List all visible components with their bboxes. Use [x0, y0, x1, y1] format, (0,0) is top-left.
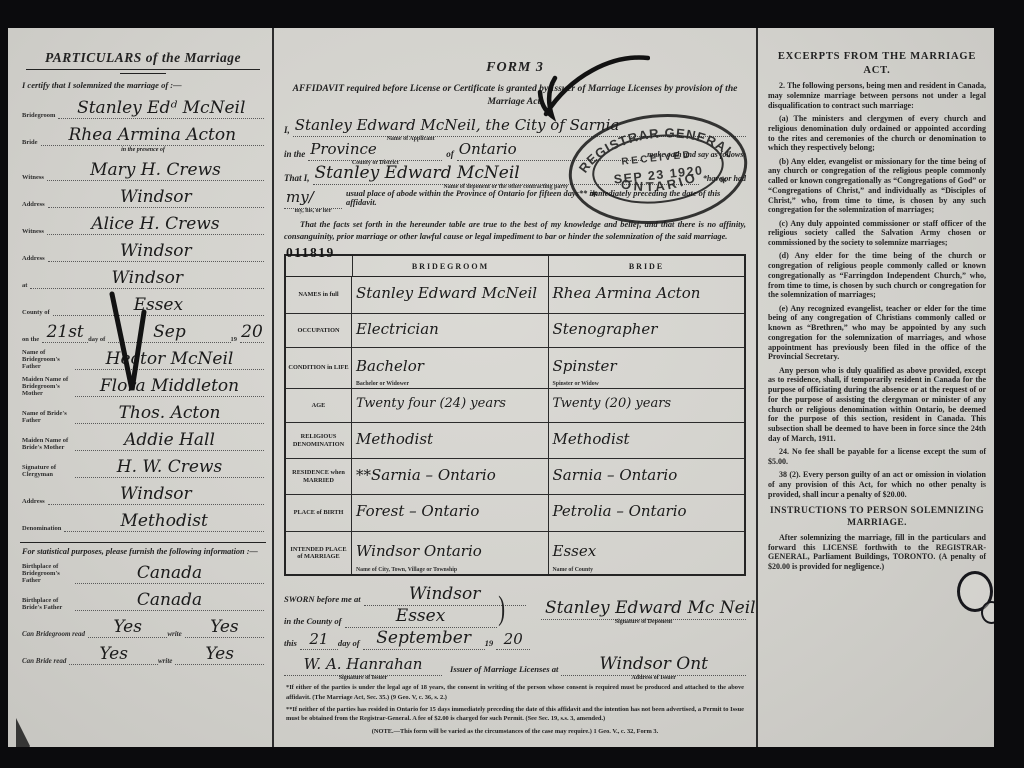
line-mid: of — [446, 149, 454, 161]
stamp-star-right: ✱ — [719, 175, 728, 186]
field-label: Birthplace of Bridegroom's Father — [22, 563, 72, 584]
sworn-prefix: 19 — [485, 638, 494, 650]
field-label: Address — [22, 255, 45, 262]
table-row-residence: RESIDENCE when MARRIED **Sarnia – Ontari… — [286, 459, 744, 495]
column-bride: BRIDE — [549, 256, 744, 276]
deponent-signature-block: Stanley Edward Mc Neil Signature of Depo… — [541, 598, 746, 620]
brace-mark: ) — [498, 590, 505, 628]
deponent-signature-line: Stanley Edward Mc Neil Signature of Depo… — [541, 598, 746, 620]
field-row-married-at: at Windsor — [22, 262, 264, 289]
field-label: County of — [22, 309, 50, 316]
excerpt-paragraph: 38 (2). Every person guilty of an act or… — [768, 470, 986, 499]
cell-sublabel: Bachelor or Widower — [356, 381, 409, 387]
handwritten-year: 20 — [496, 630, 530, 650]
particulars-title: PARTICULARS of the Marriage — [26, 50, 260, 70]
cell-sublabel: Spinster or Widow — [553, 381, 599, 387]
handwritten-value: Canada — [75, 565, 264, 584]
line-prefix: in the — [284, 149, 305, 161]
row-label: AGE — [286, 389, 352, 422]
issuer-address-line: Windsor Ont Address of Issuer — [561, 654, 746, 676]
handwritten-value: Rhea Armina Acton — [41, 127, 264, 146]
field-label: Signature of Clergyman — [22, 464, 72, 478]
field-label: at — [22, 282, 27, 289]
bride-condition: Spinster — [553, 357, 617, 375]
bride-birthplace: Petrolia – Ontario — [553, 502, 687, 520]
field-label: 19 — [231, 336, 238, 343]
footnote-2: **If neither of the parties has resided … — [286, 705, 744, 724]
row-label: PLACE of BIRTH — [286, 495, 352, 531]
bride-residence: Sarnia – Ontario — [553, 466, 678, 484]
table-row-birthplace: PLACE of BIRTH Forest – Ontario Petrolia… — [286, 495, 744, 532]
excerpt-paragraph: Any person who is duly qualified as abov… — [768, 366, 986, 444]
field-label: Address — [22, 498, 45, 505]
stamp-star-left: ✱ — [590, 188, 599, 199]
stat-row-bridegroom-literacy: Can Bridegroom read Yes write Yes — [22, 611, 264, 638]
table-row-intended-place: INTENDED PLACE of MARRIAGE Windsor Ontar… — [286, 532, 744, 574]
marriage-affidavit-paper: PARTICULARS of the Marriage I certify th… — [8, 28, 994, 747]
pronoun-line: my/ my, his, or her — [284, 188, 342, 209]
sworn-line-date: this 21 day of September 19 20 — [284, 628, 746, 650]
marriage-table-wrap: 011819 BRIDEGROOM BRIDE NAMES in full St… — [284, 254, 746, 576]
section-divider — [20, 542, 266, 543]
table-row-occupation: OCCUPATION Electrician Stenographer — [286, 314, 744, 348]
handwritten-value: Yes — [69, 646, 158, 665]
column-bridegroom: BRIDEGROOM — [353, 256, 549, 276]
bride-occupation: Stenographer — [553, 320, 658, 338]
handwritten-value: Thos. Acton — [75, 405, 264, 424]
excerpt-paragraph: (c) Any duly appointed commissioner or s… — [768, 219, 986, 248]
handwritten-value: Windsor — [30, 270, 264, 289]
handwritten-deponent: Stanley Edward McNeil — [315, 163, 520, 183]
sworn-section: SWORN before me at Windsor in the County… — [284, 584, 746, 680]
row-label: OCCUPATION — [286, 314, 352, 347]
row-label: INTENDED PLACE of MARRIAGE — [286, 532, 352, 574]
bridegroom-names: Stanley Edward McNeil — [356, 284, 537, 302]
field-label: Can Bridegroom read — [22, 631, 85, 639]
excerpt-paragraph: After solemnizing the marriage, fill in … — [768, 533, 986, 572]
field-label: Denomination — [22, 525, 61, 532]
row-label: RESIDENCE when MARRIED — [286, 459, 352, 494]
bridegroom-condition: Bachelor — [356, 357, 424, 375]
field-label: Name of Bridegroom's Father — [22, 349, 72, 370]
excerpt-paragraph: (a) The ministers and clergymen of every… — [768, 114, 986, 153]
field-row-bridegroom: Bridegroom Stanley Edᵈ McNeil — [22, 92, 264, 119]
field-row-address-2: Address Windsor — [22, 235, 264, 262]
handwritten-value: Canada — [75, 592, 264, 611]
bride-age: Twenty (20) years — [553, 396, 672, 411]
certify-line: I certify that I solemnized the marriage… — [22, 80, 264, 90]
table-row-religion: RELIGIOUS DENOMINATION Methodist Methodi… — [286, 423, 744, 459]
deponent-signature-label: Signature of Deponent — [615, 619, 673, 625]
field-label: Address — [22, 201, 45, 208]
field-label: Bridegroom — [22, 112, 55, 119]
excerpt-paragraph: (e) Any recognized evangelist, teacher o… — [768, 304, 986, 363]
handwritten-value: Mary H. Crews — [47, 162, 264, 181]
field-row-bride-mother: Maiden Name of Bride's Mother Addie Hall — [22, 424, 264, 451]
handwritten-value: H. W. Crews — [75, 459, 264, 478]
handwritten-deponent-signature: Stanley Edward Mc Neil — [545, 598, 756, 618]
sworn-prefix: day of — [338, 638, 360, 650]
sworn-prefix: SWORN before me at — [284, 594, 361, 606]
handwritten-month: September — [363, 628, 485, 650]
handwritten-issuer-signature: W. A. Hanrahan — [304, 655, 423, 673]
field-label: day of — [88, 336, 105, 343]
field-label: write — [158, 658, 172, 666]
scan-edge-right — [994, 0, 1024, 768]
handwritten-my: my/ — [286, 188, 314, 206]
v-check-annotation — [104, 290, 162, 400]
bridegroom-residence: **Sarnia – Ontario — [356, 466, 496, 484]
handwritten-value: Stanley Edᵈ McNeil — [58, 100, 264, 119]
form-number: FORM 3 — [280, 60, 750, 76]
field-row-clergyman-signature: Signature of Clergyman H. W. Crews — [22, 451, 264, 478]
scan-edge-top — [0, 0, 1024, 28]
title-rule — [120, 73, 166, 74]
handwritten-issuer-address: Windsor Ont — [599, 654, 708, 674]
bridegroom-birthplace: Forest – Ontario — [356, 502, 479, 520]
footnote-1: *If either of the parties is under the l… — [286, 683, 744, 702]
field-label: Bride — [22, 139, 38, 146]
field-label: Witness — [22, 228, 44, 235]
stat-row-bride-literacy: Can Bride read Yes write Yes — [22, 638, 264, 665]
field-label: Birthplace of Bride's Father — [22, 597, 72, 611]
sworn-prefix: this — [284, 638, 297, 650]
field-label: Name of Bride's Father — [22, 410, 72, 424]
handwritten-day: 21st — [42, 324, 88, 343]
field-label: Maiden Name of Bridegroom's Mother — [22, 376, 72, 397]
form-heading: AFFIDAVIT required before License or Cer… — [290, 82, 740, 109]
handwritten-value: Yes — [175, 646, 264, 665]
excerpt-paragraph: 24. No fee shall be payable for a licens… — [768, 447, 986, 467]
field-label: Can Bride read — [22, 658, 66, 666]
cell-sublabel: Name of County — [553, 567, 594, 573]
table-row-condition: CONDITION in LIFE Bachelor Bachelor or W… — [286, 348, 744, 389]
field-row-bride-father: Name of Bride's Father Thos. Acton — [22, 397, 264, 424]
column-divider — [272, 28, 274, 747]
bridegroom-occupation: Electrician — [356, 320, 439, 338]
handwritten-value: Yes — [185, 619, 264, 638]
handwritten-value: Windsor — [48, 486, 264, 505]
issuer-signature-label: Signature of Issuer — [339, 675, 388, 681]
scanned-document-photo: PARTICULARS of the Marriage I certify th… — [0, 0, 1024, 768]
table-row-age: AGE Twenty four (24) years Twenty (20) y… — [286, 389, 744, 423]
issuer-prefix: Issuer of Marriage Licenses at — [450, 664, 558, 676]
handwritten-year: 20 — [240, 324, 264, 343]
statistical-intro: For statistical purposes, please furnish… — [22, 547, 264, 557]
field-label: Witness — [22, 174, 44, 181]
field-label: on the — [22, 336, 39, 343]
row-label: CONDITION in LIFE — [286, 348, 352, 388]
cell-sublabel: Name of City, Town, Village or Township — [356, 567, 457, 573]
handwritten-sworn-county: Essex — [345, 606, 497, 628]
bride-religion: Methodist — [553, 430, 630, 448]
row-label: NAMES in full — [286, 277, 352, 313]
county-line: Province County or District — [308, 140, 442, 161]
presence-note: in the presence of — [20, 146, 266, 154]
marriage-table: BRIDEGROOM BRIDE NAMES in full Stanley E… — [284, 254, 746, 576]
row-label: RELIGIOUS DENOMINATION — [286, 423, 352, 458]
stat-row-bridegroom-father-birthplace: Birthplace of Bridegroom's Father Canada — [22, 557, 264, 584]
instructions-heading: INSTRUCTIONS TO PERSON SOLEMNIZING MARRI… — [768, 506, 986, 529]
table-row-names: NAMES in full Stanley Edward McNeil Rhea… — [286, 277, 744, 314]
sworn-prefix: in the County of — [284, 616, 342, 628]
stat-row-bride-father-birthplace: Birthplace of Bride's Father Canada — [22, 584, 264, 611]
bridegroom-religion: Methodist — [356, 430, 433, 448]
bridegroom-age: Twenty four (24) years — [356, 396, 506, 411]
scan-edge-bottom — [0, 747, 1024, 768]
field-row-clergyman-address: Address Windsor — [22, 478, 264, 505]
handwritten-day: 21 — [300, 630, 338, 650]
issuer-line: W. A. Hanrahan Signature of Issuer Issue… — [284, 650, 746, 676]
serial-number: 011819 — [286, 245, 335, 261]
excerpt-paragraph: (d) Any elder for the time being of the … — [768, 251, 986, 300]
table-header: BRIDEGROOM BRIDE — [286, 256, 744, 277]
footnote-note: (NOTE.—This form will be varied as the c… — [286, 728, 744, 735]
handwritten-value: Windsor — [48, 243, 264, 262]
field-row-address-1: Address Windsor — [22, 181, 264, 208]
handwritten-value: Windsor — [48, 189, 264, 208]
line-underlabel: my, his, or her — [295, 208, 332, 214]
bride-names: Rhea Armina Acton — [553, 284, 701, 302]
check-mark-annotation — [530, 42, 650, 134]
field-label: write — [167, 631, 181, 639]
handwritten-value: Yes — [88, 619, 167, 638]
handwritten-value: Addie Hall — [75, 432, 264, 451]
issuer-signature-line: W. A. Hanrahan Signature of Issuer — [284, 655, 442, 676]
intended-place-city: Windsor Ontario — [356, 542, 482, 560]
affidavit-form-panel: FORM 3 AFFIDAVIT required before License… — [280, 28, 750, 747]
field-label: Maiden Name of Bride's Mother — [22, 437, 72, 451]
excerpt-paragraph: (b) Any elder, evangelist or missionary … — [768, 157, 986, 216]
excerpts-title: EXCERPTS FROM THE MARRIAGE ACT. — [770, 50, 984, 77]
excerpts-panel: EXCERPTS FROM THE MARRIAGE ACT. 2. The f… — [766, 28, 988, 747]
issuer-address-label: Address of Issuer — [631, 675, 676, 681]
intended-place-county: Essex — [553, 542, 597, 560]
handwritten-value: Alice H. Crews — [47, 216, 264, 235]
column-divider — [756, 28, 758, 747]
field-row-witness-1: Witness Mary H. Crews — [22, 154, 264, 181]
excerpt-paragraph: 2. The following persons, being men and … — [768, 81, 986, 110]
field-row-witness-2: Witness Alice H. Crews — [22, 208, 264, 235]
field-row-bride: Bride Rhea Armina Acton — [22, 119, 264, 146]
handwritten-ontario: Ontario — [459, 140, 517, 158]
scan-edge-left — [0, 0, 8, 768]
line-prefix: That I, — [284, 173, 310, 185]
line-prefix: I, — [284, 125, 290, 137]
handwritten-value: Methodist — [64, 513, 264, 532]
field-row-denomination: Denomination Methodist — [22, 505, 264, 532]
handwritten-province: Province — [310, 140, 377, 158]
